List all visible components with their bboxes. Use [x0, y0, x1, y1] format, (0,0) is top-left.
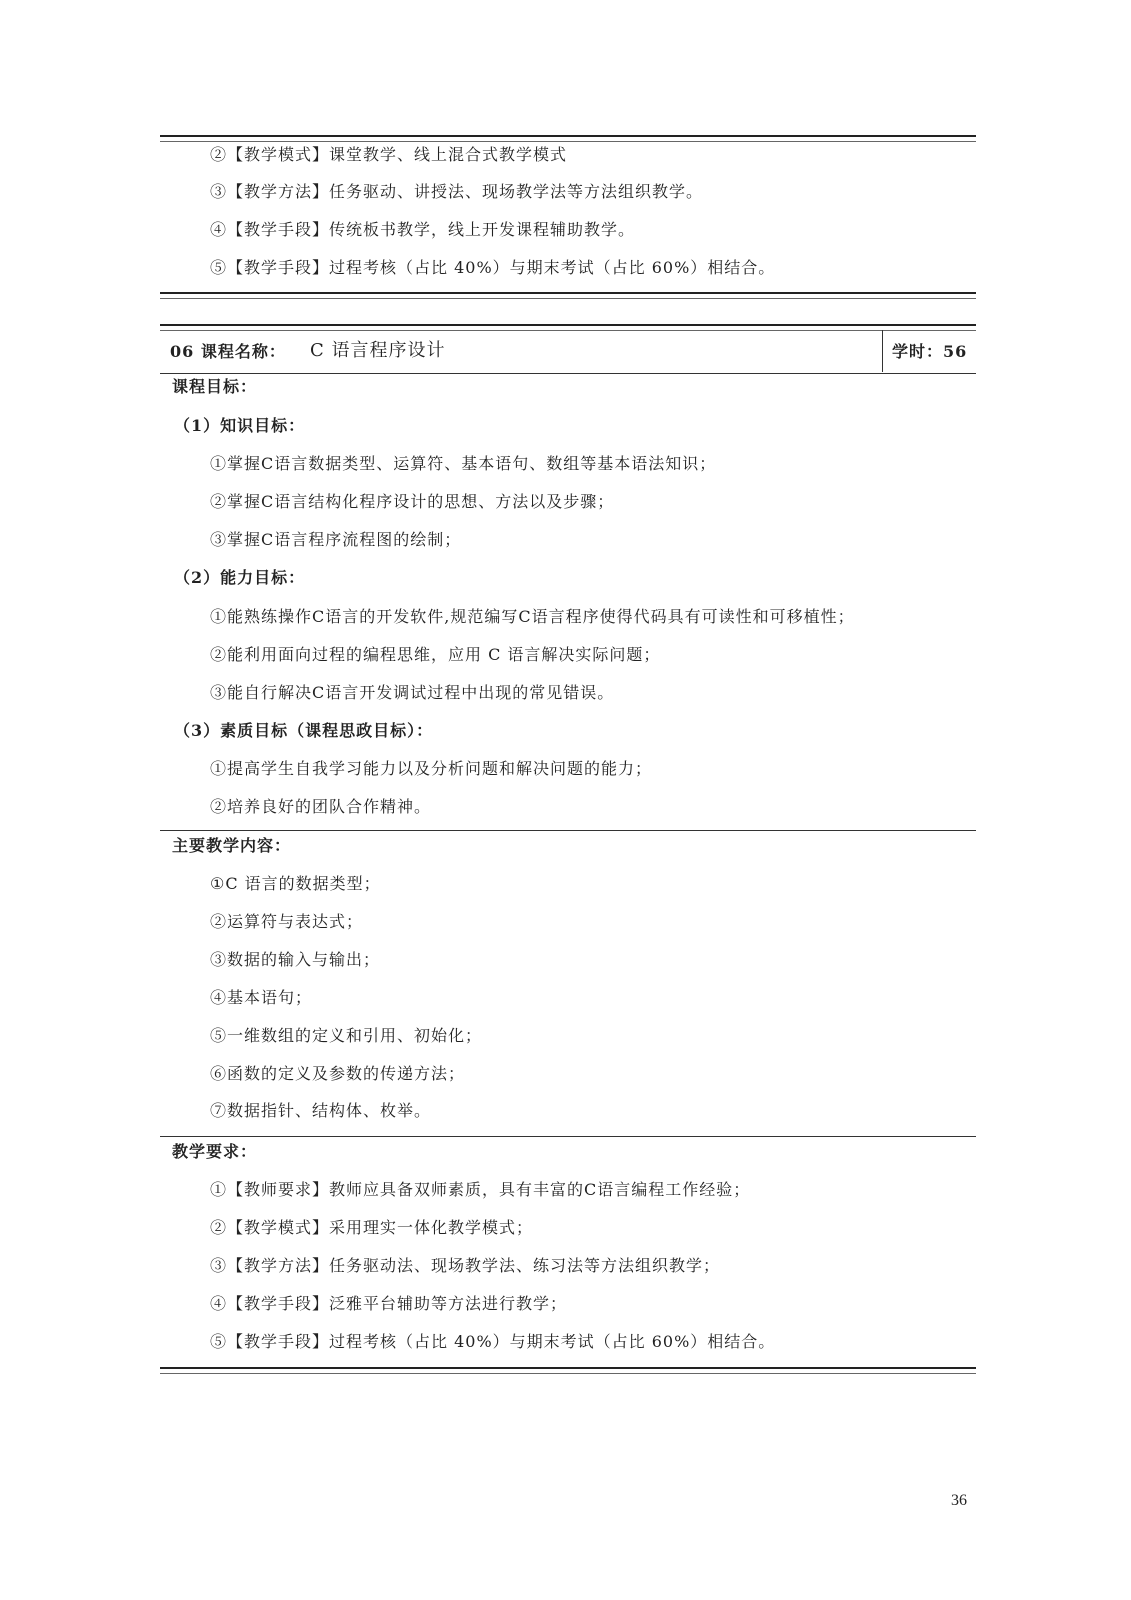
list-item: ①掌握C语言数据类型、运算符、基本语句、数组等基本语法知识；	[210, 454, 716, 474]
previous-course-section: ②【教学模式】课堂教学、线上混合式教学模式 ③【教学方法】任务驱动、讲授法、现场…	[160, 135, 976, 300]
content-heading: 主要教学内容：	[172, 836, 291, 856]
quality-heading: （3）素质目标（课程思政目标）：	[174, 721, 433, 741]
list-item: ②【教学模式】课堂教学、线上混合式教学模式	[210, 145, 567, 165]
list-item: ①C 语言的数据类型；	[210, 874, 381, 894]
course-section: 06 课程名称： C 语言程序设计 学时：56 课程目标： （1）知识目标： ①…	[160, 324, 976, 1374]
list-item: ④基本语句；	[210, 988, 312, 1008]
list-item: ③能自行解决C语言开发调试过程中出现的常见错误。	[210, 683, 614, 703]
list-item: ②培养良好的团队合作精神。	[210, 797, 431, 817]
list-item: ⑥函数的定义及参数的传递方法；	[210, 1064, 465, 1084]
list-item: ③【教学方法】任务驱动法、现场教学法、练习法等方法组织教学；	[210, 1256, 720, 1276]
course-number-label: 06 课程名称：	[170, 342, 286, 362]
course-hours: 学时：56	[892, 342, 967, 362]
list-item: ⑤【教学手段】过程考核（占比 40%）与期末考试（占比 60%）相结合。	[210, 1332, 775, 1352]
section-rule	[160, 830, 976, 831]
list-item: ⑤【教学手段】过程考核（占比 40%）与期末考试（占比 60%）相结合。	[210, 258, 775, 278]
list-item: ⑤一维数组的定义和引用、初始化；	[210, 1026, 482, 1046]
list-item: ①【教师要求】教师应具备双师素质，具有丰富的C语言编程工作经验；	[210, 1180, 750, 1200]
list-item: ④【教学手段】泛雅平台辅助等方法进行教学；	[210, 1294, 567, 1314]
section-rule	[160, 1136, 976, 1137]
list-item: ②【教学模式】采用理实一体化教学模式；	[210, 1218, 533, 1238]
top-double-rule	[160, 135, 976, 142]
course-header-row: 06 课程名称： C 语言程序设计 学时：56	[160, 324, 976, 372]
header-rule	[160, 373, 976, 374]
requirements-heading: 教学要求：	[172, 1142, 257, 1162]
list-item: ①提高学生自我学习能力以及分析问题和解决问题的能力；	[210, 759, 652, 779]
ability-heading: （2）能力目标：	[174, 568, 305, 588]
bottom-double-rule	[160, 1367, 976, 1374]
list-item: ③数据的输入与输出；	[210, 950, 380, 970]
knowledge-heading: （1）知识目标：	[174, 416, 305, 436]
list-item: ②能利用面向过程的编程思维，应用 C 语言解决实际问题；	[210, 645, 660, 665]
list-item: ④【教学手段】传统板书教学，线上开发课程辅助教学。	[210, 220, 635, 240]
list-item: ③【教学方法】任务驱动、讲授法、现场教学法等方法组织教学。	[210, 182, 703, 202]
course-name: C 语言程序设计	[310, 341, 446, 361]
page-number: 36	[951, 1492, 967, 1510]
list-item: ③掌握C语言程序流程图的绘制；	[210, 530, 461, 550]
bottom-double-rule	[160, 292, 976, 299]
list-item: ②掌握C语言结构化程序设计的思想、方法以及步骤；	[210, 492, 614, 512]
list-item: ②运算符与表达式；	[210, 912, 363, 932]
list-item: ①能熟练操作C语言的开发软件,规范编写C语言程序使得代码具有可读性和可移植性；	[210, 607, 855, 627]
objectives-heading: 课程目标：	[172, 377, 257, 397]
list-item: ⑦数据指针、结构体、枚举。	[210, 1101, 431, 1121]
header-divider	[882, 330, 883, 372]
